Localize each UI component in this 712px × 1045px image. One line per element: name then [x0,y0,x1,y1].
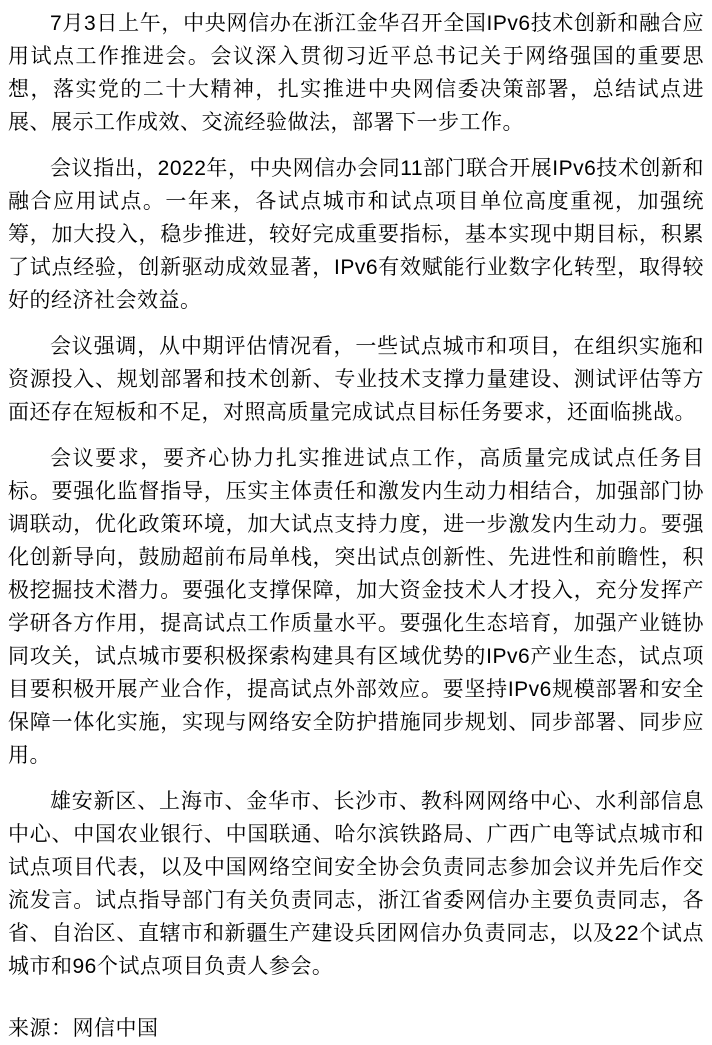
article-paragraph-5: 雄安新区、上海市、金华市、长沙市、教科网网络中心、水利部信息中心、中国农业银行、… [8,785,704,983]
article-paragraph-3: 会议强调，从中期评估情况看，一些试点城市和项目，在组织实施和资源投入、规划部署和… [8,330,704,429]
article-paragraph-2: 会议指出，2022年，中央网信办会同11部门联合开展IPv6技术创新和融合应用试… [8,152,704,317]
article-source: 来源：网信中国 [8,1012,704,1045]
article-paragraph-1: 7月3日上午，中央网信办在浙江金华召开全国IPv6技术创新和融合应用试点工作推进… [8,7,704,139]
article-body: 7月3日上午，中央网信办在浙江金华召开全国IPv6技术创新和融合应用试点工作推进… [0,0,712,1045]
article-paragraph-4: 会议要求，要齐心协力扎实推进试点工作，高质量完成试点任务目标。要强化监督指导，压… [8,442,704,772]
